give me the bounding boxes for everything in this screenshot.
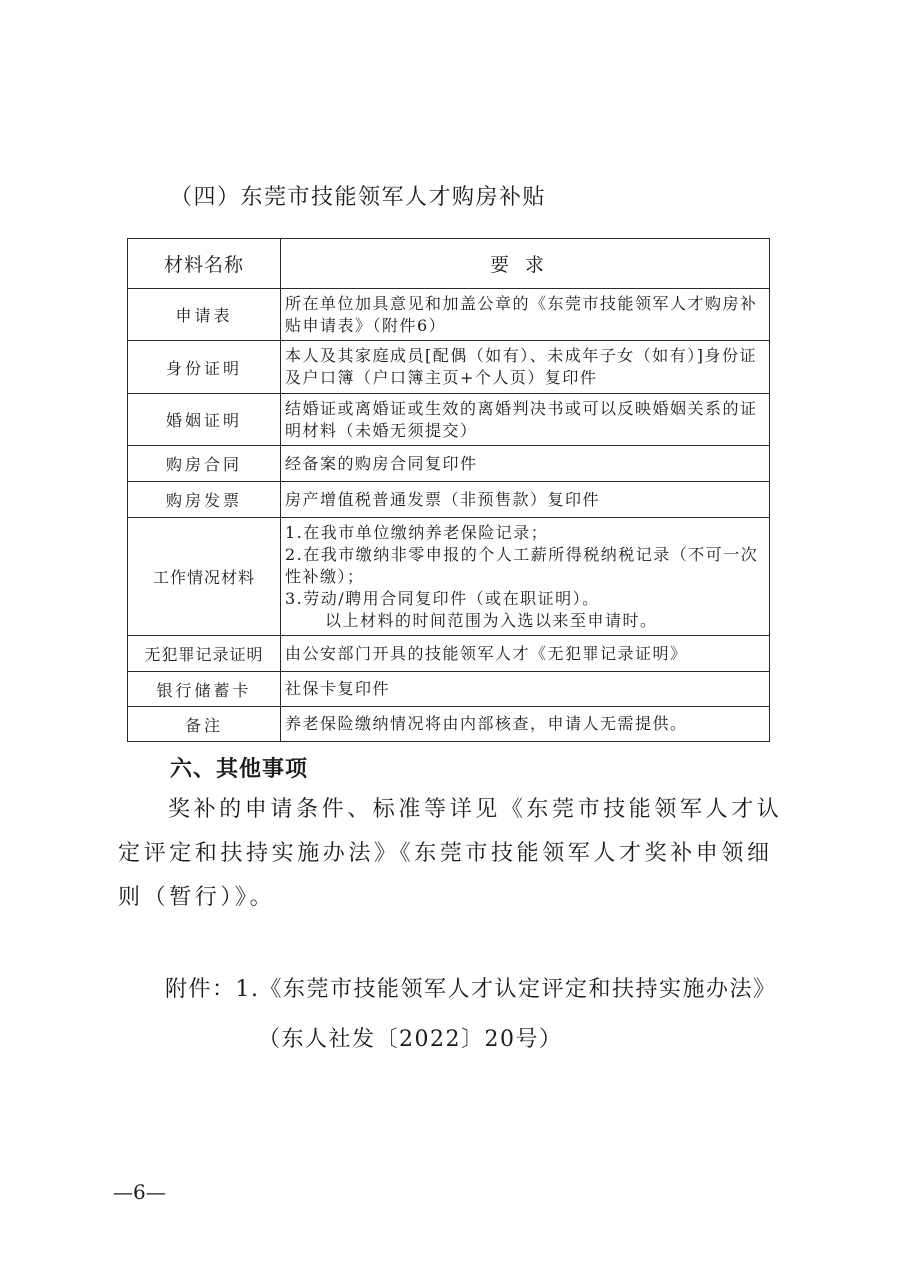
requirement-item: 1.在我市单位缴纳养老保险记录；	[285, 522, 765, 544]
requirement-item: 2.在我市缴纳非零申报的个人工薪所得税纳税记录（不可一次性补缴）；	[285, 544, 765, 588]
body-paragraph: 奖补的申请条件、标准等详见《东莞市技能领军人才认定评定和扶持实施办法》《东莞市技…	[118, 788, 788, 920]
table-header-row: 材料名称 要求	[128, 239, 770, 289]
requirement-item: 3.劳动/聘用合同复印件（或在职证明）。	[285, 588, 765, 610]
table-row: 无犯罪记录证明 由公安部门开具的技能领军人才《无犯罪记录证明》	[128, 636, 770, 672]
subsection-title: （四）东莞市技能领军人才购房补贴	[170, 180, 546, 211]
material-requirement: 1.在我市单位缴纳养老保险记录； 2.在我市缴纳非零申报的个人工薪所得税纳税记录…	[281, 518, 770, 636]
material-name: 银行储蓄卡	[128, 672, 281, 707]
material-requirement: 由公安部门开具的技能领军人才《无犯罪记录证明》	[281, 636, 770, 672]
table-row: 婚姻证明 结婚证或离婚证或生效的离婚判决书或可以反映婚姻关系的证明材料（未婚无须…	[128, 394, 770, 446]
table-row: 购房发票 房产增值税普通发票（非预售款）复印件	[128, 482, 770, 518]
attachment-line-1: 附件：1.《东莞市技能领军人才认定评定和扶持实施办法》	[165, 972, 777, 1003]
section-heading: 六、其他事项	[170, 752, 308, 783]
material-name: 购房发票	[128, 482, 281, 518]
table-row: 银行储蓄卡 社保卡复印件	[128, 672, 770, 707]
material-name: 工作情况材料	[128, 518, 281, 636]
material-name: 婚姻证明	[128, 394, 281, 446]
table-row: 工作情况材料 1.在我市单位缴纳养老保险记录； 2.在我市缴纳非零申报的个人工薪…	[128, 518, 770, 636]
header-material-name: 材料名称	[128, 239, 281, 289]
table-row: 申请表 所在单位加具意见和加盖公章的《东莞市技能领军人才购房补贴申请表》（附件6…	[128, 289, 770, 341]
attachment-line-2: （东人社发〔2022〕20号）	[258, 1022, 562, 1053]
material-name: 申请表	[128, 289, 281, 341]
material-requirement: 社保卡复印件	[281, 672, 770, 707]
material-requirement: 房产增值税普通发票（非预售款）复印件	[281, 482, 770, 518]
material-requirement: 经备案的购房合同复印件	[281, 446, 770, 482]
table-row: 身份证明 本人及其家庭成员[配偶（如有）、未成年子女（如有）]身份证及户口簿（户…	[128, 341, 770, 394]
material-name: 备注	[128, 707, 281, 742]
material-requirement: 所在单位加具意见和加盖公章的《东莞市技能领军人才购房补贴申请表》（附件6）	[281, 289, 770, 341]
material-requirement: 结婚证或离婚证或生效的离婚判决书或可以反映婚姻关系的证明材料（未婚无须提交）	[281, 394, 770, 446]
requirement-note: 以上材料的时间范围为入选以来至申请时。	[285, 610, 765, 632]
page-number: —6—	[113, 1180, 166, 1204]
material-name: 购房合同	[128, 446, 281, 482]
material-requirement: 本人及其家庭成员[配偶（如有）、未成年子女（如有）]身份证及户口簿（户口簿主页+…	[281, 341, 770, 394]
material-name: 身份证明	[128, 341, 281, 394]
material-requirement: 养老保险缴纳情况将由内部核查，申请人无需提供。	[281, 707, 770, 742]
header-requirement: 要求	[281, 239, 770, 289]
material-name: 无犯罪记录证明	[128, 636, 281, 672]
table-row: 备注 养老保险缴纳情况将由内部核查，申请人无需提供。	[128, 707, 770, 742]
table-row: 购房合同 经备案的购房合同复印件	[128, 446, 770, 482]
materials-table: 材料名称 要求 申请表 所在单位加具意见和加盖公章的《东莞市技能领军人才购房补贴…	[127, 238, 770, 742]
